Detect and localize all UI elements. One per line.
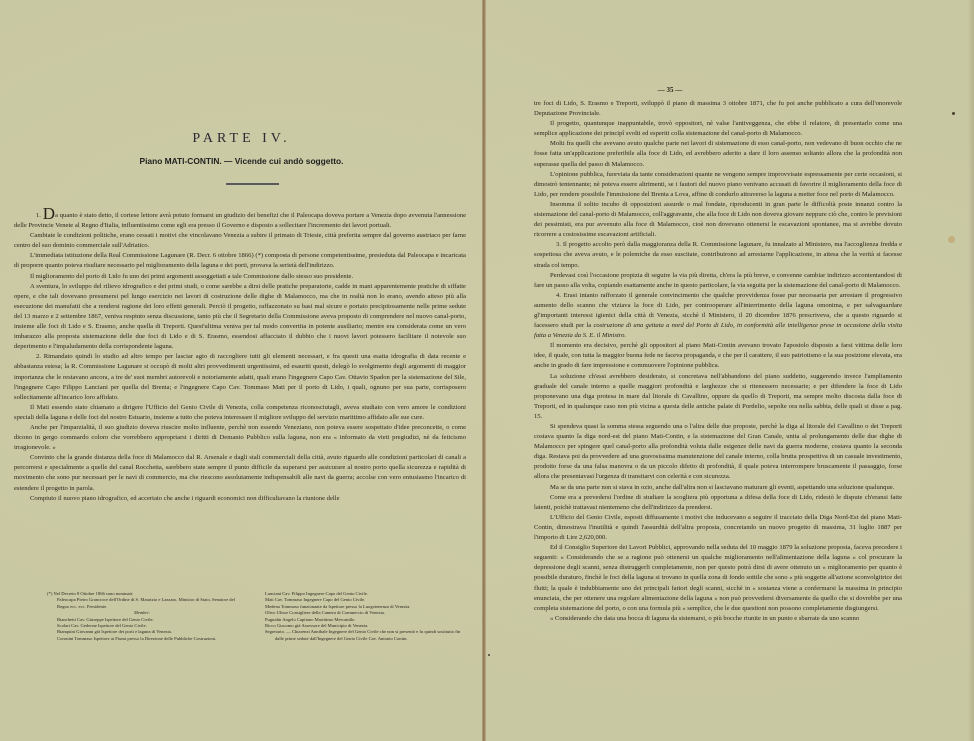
page-number: — 35 — [600, 86, 740, 94]
paragraph-text: Rimandato quindi lo studio ad altro temp… [14, 353, 466, 400]
footnotes-right-column: Lanciani Cav. Filippo Ingegnere Capo del… [265, 591, 470, 642]
paragraph-number: 2. [36, 353, 41, 360]
paragraph: La soluzione ch'essi avrebbero desiderat… [534, 372, 902, 422]
paragraph: Compiuto il nuovo piano idrografico, ed … [14, 494, 466, 504]
paragraph-3: 3. Il progetto accolto però dalla maggio… [534, 240, 902, 270]
title-rule [226, 183, 279, 185]
paper-spot [952, 112, 955, 115]
paragraph: Convinto che la grande distanza della fo… [14, 453, 466, 493]
paragraph-2: 2. Rimandato quindi lo studio ad altro t… [14, 352, 466, 402]
drop-cap: D [43, 204, 55, 223]
paragraph: Insomma il solito incubo di opposizioni … [534, 200, 902, 240]
page-edge-shadow [968, 0, 974, 741]
paragraph: L'immediata istituzione della Real Commi… [14, 251, 466, 271]
left-page: PARTE IV. Piano MATI-CONTIN. — Vicende c… [0, 0, 483, 741]
left-body-text: 1. Da quanto è stato detto, il cortese l… [14, 210, 466, 504]
paragraph: Perdevasi così l'occasione propizia di s… [534, 271, 902, 291]
paragraph: « Considerando che data una bocca di lag… [534, 614, 902, 624]
paragraph: Anche per l'imparzialità, il suo giudizi… [14, 423, 466, 453]
paragraph-number: 1. [36, 212, 41, 219]
paragraph: Il momento era decisivo, perchè gli oppo… [534, 341, 902, 371]
right-body-text: tre foci di Lido, S. Erasmo e Treporti, … [534, 99, 902, 624]
paragraph-text: a quanto è stato detto, il cortese letto… [14, 212, 466, 229]
paragraph: Si spendeva quasi la somma stessa seguen… [534, 422, 902, 483]
paragraph: L'Ufficio del Genio Civile, esposti diff… [534, 513, 902, 543]
paper-spot [948, 236, 955, 243]
book-spread: PARTE IV. Piano MATI-CONTIN. — Vicende c… [0, 0, 974, 741]
paragraph-number: 4. [556, 292, 561, 299]
paragraph: Cambiate le condizioni politiche, erano … [14, 231, 466, 251]
part-subtitle: Piano MATI-CONTIN. — Vicende cui andò so… [0, 156, 483, 166]
footnote-line: Coronini Tommaso Ispettore ai Fiumi pres… [47, 636, 237, 642]
paragraph: A sventura, lo sviluppo del rilievo idro… [14, 282, 466, 353]
paragraph-1: 1. Da quanto è stato detto, il cortese l… [14, 210, 466, 231]
paragraph: Ed il Consiglio Superiore dei Lavori Pub… [534, 543, 902, 614]
paragraph: Il miglioramento del porto di Lido fu un… [14, 272, 466, 282]
part-title: PARTE IV. [0, 131, 483, 147]
footnote-line: Segretario. — Chiarenzi Annibale Ingegne… [265, 629, 470, 642]
paragraph-number: 3. [556, 241, 561, 248]
paper-spot [488, 654, 490, 656]
paper-spot [40, 280, 42, 282]
footnote-line: Paleocapa Pietro Grancroce dell'Ordine d… [47, 597, 237, 610]
paragraph: Molti fra quelli che avevano avuto qualc… [534, 139, 902, 169]
paragraph-4: 4. Erasi intanto rafforzato il generale … [534, 291, 902, 341]
footnotes-left-column: (*) Nel Decreto 8 Ottobre 1866 sono nomi… [47, 591, 237, 642]
paragraph: L'opinione pubblica, fuorviata da tante … [534, 170, 902, 200]
paragraph: Il progetto, quantunque inappuntabile, t… [534, 119, 902, 139]
paragraph-text: Il progetto accolto però dalla maggioran… [534, 241, 902, 268]
paragraph: Ma se da una parte non si stava in ozio,… [534, 483, 902, 493]
paragraph: Il Mati essendo stato chiamato a diriger… [14, 403, 466, 423]
paragraph: tre foci di Lido, S. Erasmo e Treporti, … [534, 99, 902, 119]
paragraph: Come era a prevedersi l'ordine di studia… [534, 493, 902, 513]
